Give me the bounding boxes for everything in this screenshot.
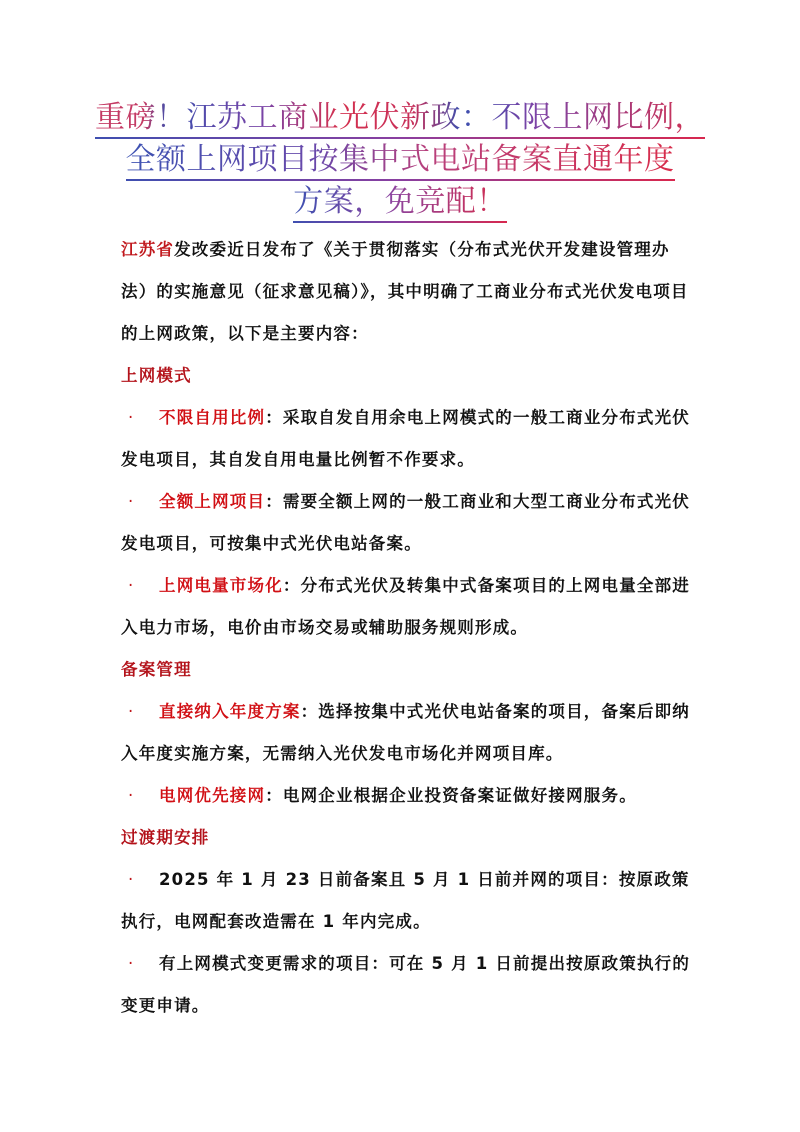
title-line-3: 方案，免竞配！ — [293, 182, 507, 224]
item-label: 电网优先接网 — [159, 786, 265, 805]
article-title: 重磅！江苏工商业光伏新政：不限上网比例， 全额上网项目按集中式电站备案直通年度 … — [0, 98, 800, 224]
item-label: 全额上网项目 — [159, 492, 265, 511]
item-label: 直接纳入年度方案 — [159, 702, 301, 721]
item-label: 上网电量市场化 — [159, 576, 283, 595]
item-text: 2025 年 1 月 23 日前备案且 5 月 1 日前并网的项目：按原政策执行… — [121, 870, 690, 931]
list-item: ·直接纳入年度方案：选择按集中式光伏电站备案的项目，备案后即纳入年度实施方案，无… — [121, 691, 691, 775]
bullet-icon: · — [121, 397, 159, 439]
item-text: 有上网模式变更需求的项目：可在 5 月 1 日前提出按原政策执行的变更申请。 — [121, 954, 690, 1015]
list-item: ·上网电量市场化：分布式光伏及转集中式备案项目的上网电量全部进入电力市场，电价由… — [121, 565, 691, 649]
list-item: ·全额上网项目：需要全额上网的一般工商业和大型工商业分布式光伏发电项目，可按集中… — [121, 481, 691, 565]
list-item: ·有上网模式变更需求的项目：可在 5 月 1 日前提出按原政策执行的变更申请。 — [121, 943, 691, 1027]
title-line-2: 全额上网项目按集中式电站备案直通年度 — [126, 140, 675, 182]
bullet-icon: · — [121, 481, 159, 523]
intro-highlight: 江苏省 — [121, 240, 174, 259]
article-body: 江苏省发改委近日发布了《关于贯彻落实（分布式光伏开发建设管理办法）的实施意见（征… — [121, 229, 691, 1027]
bullet-icon: · — [121, 943, 159, 985]
list-item: ·不限自用比例：采取自发自用余电上网模式的一般工商业分布式光伏发电项目，其自发自… — [121, 397, 691, 481]
bullet-icon: · — [121, 859, 159, 901]
intro-text: 发改委近日发布了《关于贯彻落实（分布式光伏开发建设管理办法）的实施意见（征求意见… — [121, 240, 689, 343]
title-line-1: 重磅！江苏工商业光伏新政：不限上网比例， — [95, 98, 705, 140]
bullet-icon: · — [121, 691, 159, 733]
item-text: ：电网企业根据企业投资备案证做好接网服务。 — [265, 786, 637, 805]
bullet-icon: · — [121, 565, 159, 607]
intro-paragraph: 江苏省发改委近日发布了《关于贯彻落实（分布式光伏开发建设管理办法）的实施意见（征… — [121, 229, 691, 355]
section-heading-filing: 备案管理 — [121, 649, 691, 691]
bullet-icon: · — [121, 775, 159, 817]
item-label: 不限自用比例 — [159, 408, 265, 427]
section-heading-transition: 过渡期安排 — [121, 817, 691, 859]
list-item: ·2025 年 1 月 23 日前备案且 5 月 1 日前并网的项目：按原政策执… — [121, 859, 691, 943]
list-item: ·电网优先接网：电网企业根据企业投资备案证做好接网服务。 — [121, 775, 691, 817]
section-heading-grid-mode: 上网模式 — [121, 355, 691, 397]
